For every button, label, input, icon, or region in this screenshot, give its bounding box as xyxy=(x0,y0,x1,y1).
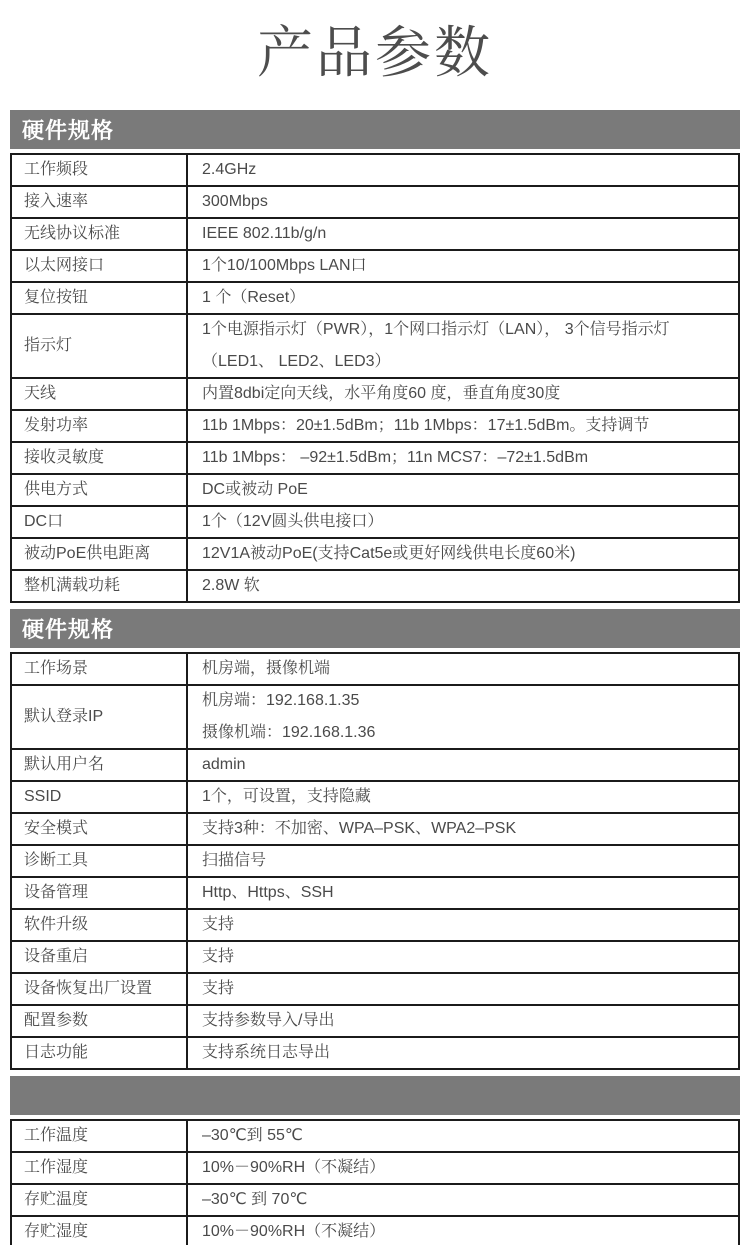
row-value: 支持参数导入/导出 xyxy=(188,1006,738,1036)
row-label: 工作频段 xyxy=(12,155,188,185)
row-label: 工作场景 xyxy=(12,654,188,684)
row-value-text: 11b 1Mbps：20±1.5dBm；11b 1Mbps：17±1.5dBm。… xyxy=(202,414,730,438)
table-row: 默认登录IP 机房端：192.168.1.35 摄像机端：192.168.1.3… xyxy=(12,684,738,748)
row-value: –30℃到 55℃ xyxy=(188,1121,738,1151)
row-label: 工作湿度 xyxy=(12,1153,188,1183)
row-value: DC或被动 PoE xyxy=(188,475,738,505)
row-value-text: 1个10/100Mbps LAN口 xyxy=(202,254,730,278)
table-row: 以太网接口 1个10/100Mbps LAN口 xyxy=(12,249,738,281)
row-value: 支持 xyxy=(188,974,738,1004)
row-label: DC口 xyxy=(12,507,188,537)
row-label: 复位按钮 xyxy=(12,283,188,313)
row-value-text: 支持 xyxy=(202,945,730,969)
row-label: 指示灯 xyxy=(12,315,188,377)
table-row: 无线协议标准 IEEE 802.11b/g/n xyxy=(12,217,738,249)
table-row: 工作湿度 10%－90%RH（不凝结） xyxy=(12,1151,738,1183)
row-label: 存贮湿度 xyxy=(12,1217,188,1245)
row-label: 默认用户名 xyxy=(12,750,188,780)
row-label: SSID xyxy=(12,782,188,812)
row-value-text: –30℃到 55℃ xyxy=(202,1124,730,1148)
row-value: 支持系统日志导出 xyxy=(188,1038,738,1068)
row-value: 2.8W 软 xyxy=(188,571,738,601)
table-row: 存贮温度 –30℃ 到 70℃ xyxy=(12,1183,738,1215)
table-row: SSID 1个，可设置，支持隐藏 xyxy=(12,780,738,812)
row-value-text: 机房端，摄像机端 xyxy=(202,657,730,681)
table-row: 被动PoE供电距离 12V1A被动PoE(支持Cat5e或更好网线供电长度60米… xyxy=(12,537,738,569)
row-value: 机房端，摄像机端 xyxy=(188,654,738,684)
row-value-text: 1 个（Reset） xyxy=(202,286,730,310)
row-value: 11b 1Mbps：20±1.5dBm；11b 1Mbps：17±1.5dBm。… xyxy=(188,411,738,441)
row-value: 机房端：192.168.1.35 摄像机端：192.168.1.36 xyxy=(188,686,738,748)
row-value-text: 2.4GHz xyxy=(202,158,730,182)
row-value: 1个10/100Mbps LAN口 xyxy=(188,251,738,281)
row-value-text: 12V1A被动PoE(支持Cat5e或更好网线供电长度60米) xyxy=(202,542,730,566)
row-label: 存贮温度 xyxy=(12,1185,188,1215)
table-row: 设备重启 支持 xyxy=(12,940,738,972)
row-value-text: DC或被动 PoE xyxy=(202,478,730,502)
row-value: 支持3种：不加密、WPA–PSK、WPA2–PSK xyxy=(188,814,738,844)
row-value: 扫描信号 xyxy=(188,846,738,876)
row-label: 工作温度 xyxy=(12,1121,188,1151)
row-value-text: 10%－90%RH（不凝结） xyxy=(202,1220,730,1244)
table-row: 复位按钮 1 个（Reset） xyxy=(12,281,738,313)
table-row: 工作频段 2.4GHz xyxy=(12,155,738,185)
row-value: admin xyxy=(188,750,738,780)
row-value: 10%－90%RH（不凝结） xyxy=(188,1153,738,1183)
row-value-text: 支持参数导入/导出 xyxy=(202,1009,730,1033)
row-value: 12V1A被动PoE(支持Cat5e或更好网线供电长度60米) xyxy=(188,539,738,569)
row-label: 发射功率 xyxy=(12,411,188,441)
row-value-text: –30℃ 到 70℃ xyxy=(202,1188,730,1212)
row-value-text: 支持 xyxy=(202,977,730,1001)
table-row: 软件升级 支持 xyxy=(12,908,738,940)
row-label: 被动PoE供电距离 xyxy=(12,539,188,569)
row-label: 以太网接口 xyxy=(12,251,188,281)
row-value-text: 扫描信号 xyxy=(202,849,730,873)
row-label: 默认登录IP xyxy=(12,686,188,748)
table-row: 安全模式 支持3种：不加密、WPA–PSK、WPA2–PSK xyxy=(12,812,738,844)
row-label: 设备管理 xyxy=(12,878,188,908)
row-value: 11b 1Mbps： –92±1.5dBm；11n MCS7：–72±1.5dB… xyxy=(188,443,738,473)
row-value: 1个电源指示灯（PWR），1个网口指示灯（LAN）， 3个信号指示灯 （LED1… xyxy=(188,315,738,377)
table-row: 配置参数 支持参数导入/导出 xyxy=(12,1004,738,1036)
row-value: 2.4GHz xyxy=(188,155,738,185)
product-spec-page: 产品参数 硬件规格 工作频段 2.4GHz 接入速率 300Mbps 无线协议标… xyxy=(0,0,750,1245)
row-value: 10%－90%RH（不凝结） xyxy=(188,1217,738,1245)
table-row: 工作温度 –30℃到 55℃ xyxy=(12,1121,738,1151)
row-value-text: 1个，可设置，支持隐藏 xyxy=(202,785,730,809)
row-label: 整机满载功耗 xyxy=(12,571,188,601)
row-value: 支持 xyxy=(188,942,738,972)
spec-section-software: 硬件规格 工作场景 机房端，摄像机端 默认登录IP 机房端：192.168.1.… xyxy=(10,609,740,1070)
row-value: 1个，可设置，支持隐藏 xyxy=(188,782,738,812)
table-row: 诊断工具 扫描信号 xyxy=(12,844,738,876)
spec-table: 工作温度 –30℃到 55℃ 工作湿度 10%－90%RH（不凝结） 存贮温度 … xyxy=(10,1119,740,1245)
row-label: 设备恢复出厂设置 xyxy=(12,974,188,1004)
row-label: 接入速率 xyxy=(12,187,188,217)
row-value: 300Mbps xyxy=(188,187,738,217)
row-value-text-line2: 摄像机端：192.168.1.36 xyxy=(202,721,730,745)
table-row: 默认用户名 admin xyxy=(12,748,738,780)
table-row: 整机满载功耗 2.8W 软 xyxy=(12,569,738,601)
spec-table: 工作场景 机房端，摄像机端 默认登录IP 机房端：192.168.1.35 摄像… xyxy=(10,652,740,1070)
row-label: 天线 xyxy=(12,379,188,409)
row-value-text: 1个电源指示灯（PWR），1个网口指示灯（LAN）， 3个信号指示灯 xyxy=(202,318,730,342)
row-value-text: admin xyxy=(202,753,730,777)
row-value-text: 机房端：192.168.1.35 xyxy=(202,689,730,713)
table-row: 指示灯 1个电源指示灯（PWR），1个网口指示灯（LAN）， 3个信号指示灯 （… xyxy=(12,313,738,377)
table-row: 工作场景 机房端，摄像机端 xyxy=(12,654,738,684)
table-row: 设备恢复出厂设置 支持 xyxy=(12,972,738,1004)
spec-table: 工作频段 2.4GHz 接入速率 300Mbps 无线协议标准 IEEE 802… xyxy=(10,153,740,603)
table-row: 供电方式 DC或被动 PoE xyxy=(12,473,738,505)
row-value: 1个（12V圆头供电接口） xyxy=(188,507,738,537)
row-value: 1 个（Reset） xyxy=(188,283,738,313)
row-label: 日志功能 xyxy=(12,1038,188,1068)
row-label: 供电方式 xyxy=(12,475,188,505)
row-value: IEEE 802.11b/g/n xyxy=(188,219,738,249)
row-value-text: 10%－90%RH（不凝结） xyxy=(202,1156,730,1180)
row-value-text: 1个（12V圆头供电接口） xyxy=(202,510,730,534)
page-title: 产品参数 xyxy=(0,0,750,84)
table-row: 接入速率 300Mbps xyxy=(12,185,738,217)
row-value: 支持 xyxy=(188,910,738,940)
row-value-text: 11b 1Mbps： –92±1.5dBm；11n MCS7：–72±1.5dB… xyxy=(202,446,730,470)
section-header: 硬件规格 xyxy=(10,110,740,149)
spec-section-hardware: 硬件规格 工作频段 2.4GHz 接入速率 300Mbps 无线协议标准 IEE… xyxy=(10,110,740,603)
spec-section-environment: 工作温度 –30℃到 55℃ 工作湿度 10%－90%RH（不凝结） 存贮温度 … xyxy=(10,1076,740,1245)
row-value-text: Http、Https、SSH xyxy=(202,881,730,905)
row-label: 安全模式 xyxy=(12,814,188,844)
table-row: 接收灵敏度 11b 1Mbps： –92±1.5dBm；11n MCS7：–72… xyxy=(12,441,738,473)
section-header-empty xyxy=(10,1076,740,1115)
row-label: 无线协议标准 xyxy=(12,219,188,249)
table-row: 设备管理 Http、Https、SSH xyxy=(12,876,738,908)
row-value-text: 内置8dbi定向天线，水平角度60 度，垂直角度30度 xyxy=(202,382,730,406)
row-label: 设备重启 xyxy=(12,942,188,972)
section-header: 硬件规格 xyxy=(10,609,740,648)
row-label: 诊断工具 xyxy=(12,846,188,876)
table-row: 发射功率 11b 1Mbps：20±1.5dBm；11b 1Mbps：17±1.… xyxy=(12,409,738,441)
row-value: 内置8dbi定向天线，水平角度60 度，垂直角度30度 xyxy=(188,379,738,409)
table-row: 存贮湿度 10%－90%RH（不凝结） xyxy=(12,1215,738,1245)
row-value-text: 支持3种：不加密、WPA–PSK、WPA2–PSK xyxy=(202,817,730,841)
row-label: 配置参数 xyxy=(12,1006,188,1036)
table-row: DC口 1个（12V圆头供电接口） xyxy=(12,505,738,537)
row-value-text: 2.8W 软 xyxy=(202,574,730,598)
row-label: 软件升级 xyxy=(12,910,188,940)
row-value-text: 300Mbps xyxy=(202,190,730,214)
row-value-text: 支持系统日志导出 xyxy=(202,1041,730,1065)
table-row: 天线 内置8dbi定向天线，水平角度60 度，垂直角度30度 xyxy=(12,377,738,409)
row-value: –30℃ 到 70℃ xyxy=(188,1185,738,1215)
row-value: Http、Https、SSH xyxy=(188,878,738,908)
row-value-text: IEEE 802.11b/g/n xyxy=(202,222,730,246)
table-row: 日志功能 支持系统日志导出 xyxy=(12,1036,738,1068)
row-label: 接收灵敏度 xyxy=(12,443,188,473)
row-value-text-line2: （LED1、 LED2、LED3） xyxy=(202,350,730,374)
row-value-text: 支持 xyxy=(202,913,730,937)
